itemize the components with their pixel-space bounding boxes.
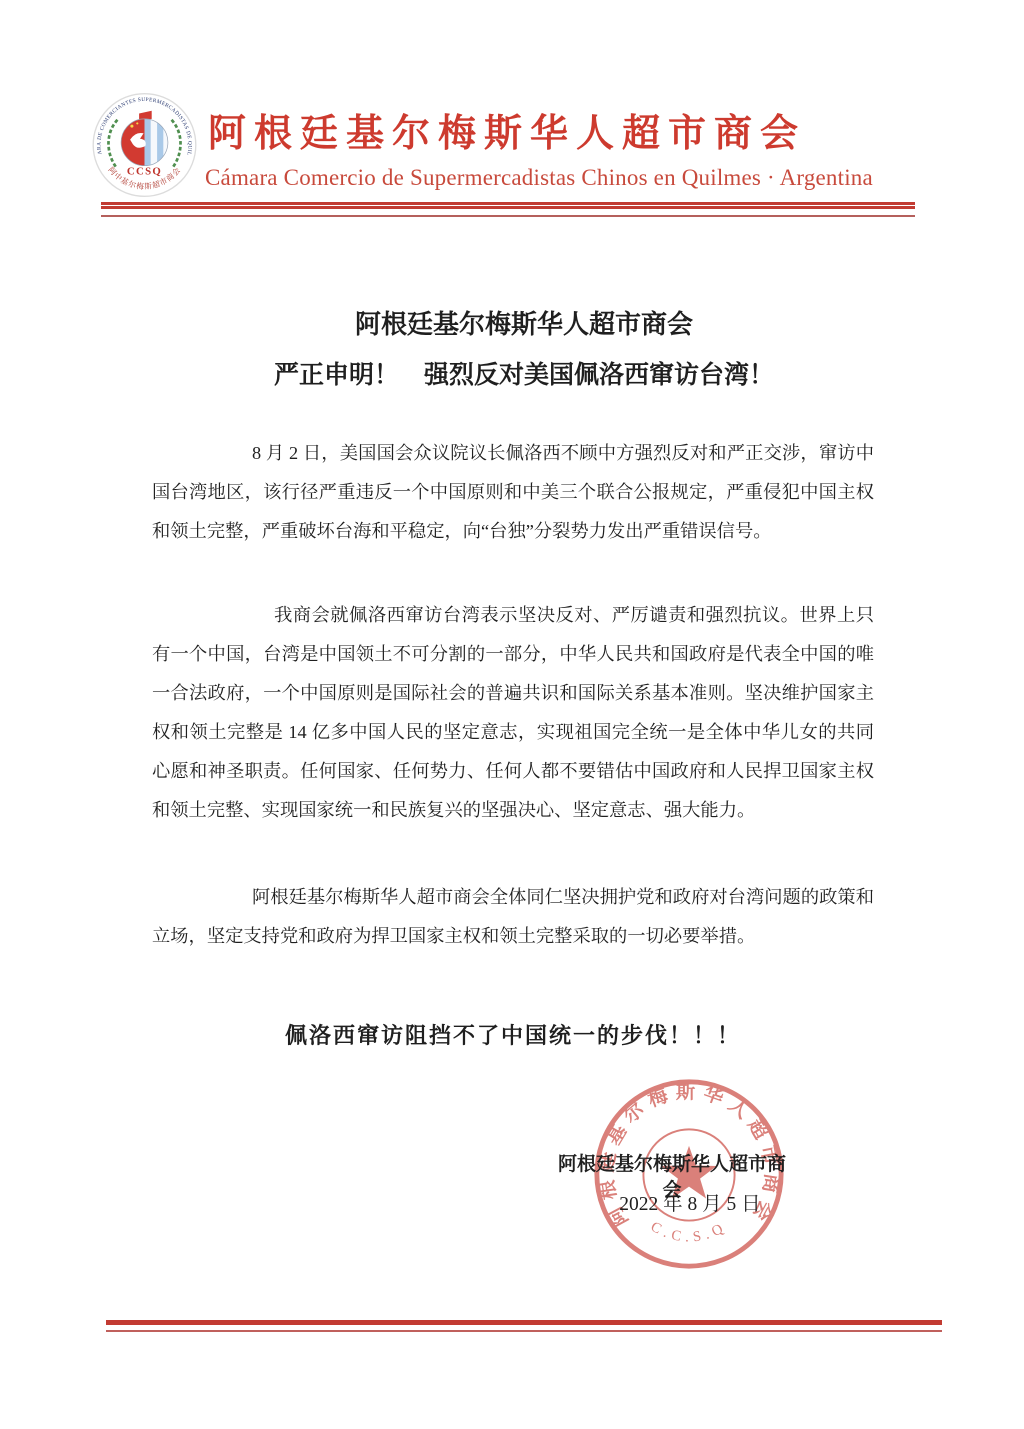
star-dot-icon [136, 122, 138, 124]
paragraph-3: 阿根廷基尔梅斯华人超市商会全体同仁坚决拥护党和政府对台湾问题的政策和立场，坚定支… [152, 878, 874, 956]
signature-date: 2022 年 8 月 5 日 [605, 1192, 775, 1218]
org-name-spanish: Cámara Comercio de Supermercadistas Chin… [205, 164, 825, 192]
statement-title-line1: 阿根廷基尔梅斯华人超市商会 [163, 308, 885, 342]
statement-page: CÁMARA DE COMERCIANTES SUPERMERCADISTAS … [0, 0, 1024, 1429]
seal-bottom-text: C.C.S.Q [648, 1219, 730, 1246]
slogan-line: 佩洛西窜访阻挡不了中国统一的步伐！！！ [152, 1019, 874, 1053]
divider-line [101, 215, 915, 217]
paragraph-2: 我商会就佩洛西窜访台湾表示坚决反对、严厉谴责和强烈抗议。世界上只有一个中国，台湾… [152, 596, 874, 830]
divider-line [106, 1330, 942, 1332]
org-name-chinese: 阿根廷基尔梅斯华人超市商会 [208, 112, 824, 156]
header-divider [101, 202, 915, 217]
paragraph-1: 8 月 2 日，美国国会众议院议长佩洛西不顾中方强烈反对和严正交涉，窜访中国台湾… [152, 434, 874, 551]
star-dot-icon [130, 125, 133, 128]
ccsq-logo: CÁMARA DE COMERCIANTES SUPERMERCADISTAS … [90, 91, 199, 199]
logo-acronym: CCSQ [127, 166, 162, 178]
footer-divider [106, 1320, 942, 1332]
statement-title-line2: 严正申明！ 强烈反对美国佩洛西窜访台湾！ [163, 359, 885, 393]
